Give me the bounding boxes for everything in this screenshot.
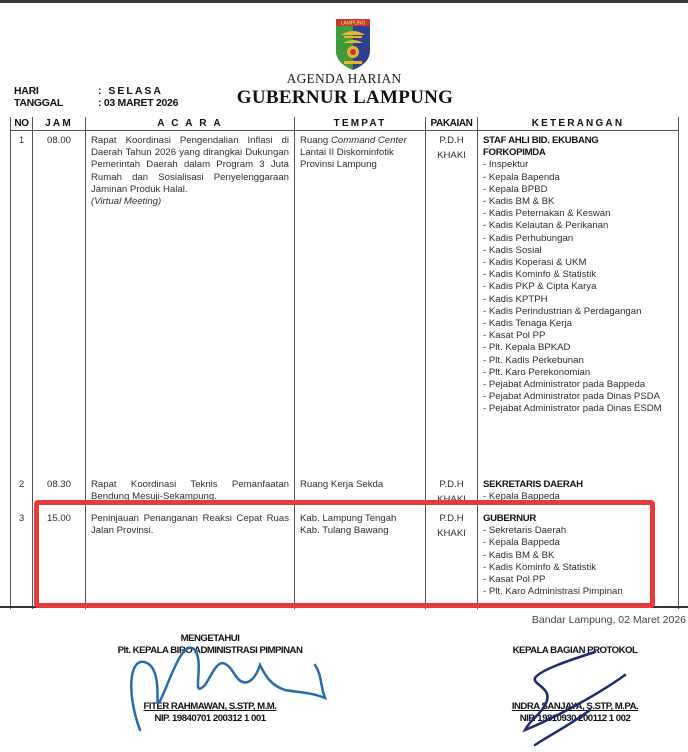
attendee-item: Pejabat Administrator pada Dinas ESDM [483, 403, 673, 415]
attendee-item: Plt. Kadis Perkebunan [483, 355, 673, 367]
attendee-list: Sekretaris DaerahKepala BappedaKadis BM … [483, 525, 673, 598]
attendee-item: Kadis Kominfo & Statistik [483, 562, 673, 574]
date-label: TANGGAL [14, 97, 63, 109]
attendee-item: Kepala Bappeda [483, 491, 673, 503]
signatory-position: KEPALA BAGIAN PROTOKOL [460, 645, 688, 657]
col-header-jam: JAM [33, 117, 86, 131]
attire-line: P.D.H [431, 479, 472, 491]
attendee-item: Kepala Bappeda [483, 537, 673, 549]
attendee-item: Kasat Pol PP [483, 330, 673, 342]
signatory-name: FITER RAHMAWAN, S.STP, M.M. [60, 701, 360, 713]
attendee-list: Kepala Bappeda [483, 491, 673, 503]
document-title: GUBERNUR LAMPUNG [232, 87, 458, 109]
row-time: 08.30 [33, 475, 86, 509]
signatory-nip: NIP. 19810930 200112 1 002 [460, 713, 688, 725]
location-rest: Lantai II Diskominfotik Provinsi Lampung [300, 147, 394, 170]
row-no: 1 [11, 131, 33, 476]
notes-group: SEKRETARIS DAERAH [483, 479, 673, 491]
attendee-item: Kadis Perindustrian & Perdagangan [483, 306, 673, 318]
signatory-heading: MENGETAHUI [60, 633, 360, 645]
table-bottom-border [0, 606, 688, 608]
row-attire: P.D.H KHAKI [426, 131, 478, 476]
attendee-list: InspekturKepala BapendaKepala BPBDKadis … [483, 159, 673, 415]
attendee-item: Kadis Peternakan & Keswan [483, 208, 673, 220]
row-location: Kab. Lampung Tengah Kab. Tulang Bawang [295, 509, 426, 609]
attire-line: P.D.H [431, 513, 472, 525]
attendee-item: Pejabat Administrator pada Bappeda [483, 379, 673, 391]
row-notes: GUBERNUR Sekretaris DaerahKepala Bappeda… [478, 509, 679, 609]
event-description: Rapat Koordinasi Teknis Pemanfaatan Bend… [91, 479, 289, 505]
row-attire: P.D.H KHAKI [426, 509, 478, 609]
attendee-item: Kadis KPTPH [483, 294, 673, 306]
location-line: Kab. Lampung Tengah [300, 513, 420, 525]
table-header-row: NO JAM A C A R A TEMPAT PAKAIAN KETERANG… [11, 117, 679, 131]
col-header-keterangan: KETERANGAN [478, 117, 679, 131]
attendee-item: Kadis Kelautan & Perikanan [483, 220, 673, 232]
event-note: (Virtual Meeting) [91, 196, 161, 207]
col-header-tempat: TEMPAT [295, 117, 426, 131]
attendee-item: Kadis Koperasi & UKM [483, 257, 673, 269]
attire-line: KHAKI [431, 150, 472, 162]
signatory-right: KEPALA BAGIAN PROTOKOL INDRA SANJAYA, S.… [460, 645, 688, 725]
attire-line: KHAKI [431, 494, 472, 505]
attendee-item: Sekretaris Daerah [483, 525, 673, 537]
agenda-table: NO JAM A C A R A TEMPAT PAKAIAN KETERANG… [10, 117, 679, 609]
day-label: HARI [14, 85, 38, 97]
location-italic: Command Center [331, 135, 407, 146]
table-row: 2 08.30 Rapat Koordinasi Teknis Pemanfaa… [11, 475, 679, 509]
location-line: Kab. Tulang Bawang [300, 525, 420, 537]
row-time: 15.00 [33, 509, 86, 609]
attendee-item: Inspektur [483, 159, 673, 171]
row-notes: STAF AHLI BID. EKUBANG FORKOPIMDA Inspek… [478, 131, 679, 476]
table-row: 3 15.00 Peninjauan Penanganan Reaksi Cep… [11, 509, 679, 609]
svg-text:LAMPUNG: LAMPUNG [341, 21, 366, 27]
signatory-position: Plt. KEPALA BIRO ADMINISTRASI PIMPINAN [60, 645, 360, 657]
row-attire: P.D.H KHAKI [426, 475, 478, 509]
attendee-item: Plt. Karo Administrasi Pimpinan [483, 586, 673, 598]
row-location: Ruang Command Center Lantai II Diskominf… [295, 131, 426, 476]
attendee-item: Kadis BM & BK [483, 196, 673, 208]
signatory-nip: NIP. 19840701 200312 1 001 [60, 713, 360, 725]
row-event: Peninjauan Penanganan Reaksi Cepat Ruas … [86, 509, 295, 609]
col-header-pakaian: PAKAIAN [426, 117, 478, 131]
row-event: Rapat Koordinasi Pengendalian Inflasi di… [86, 131, 295, 476]
row-no: 2 [11, 475, 33, 509]
event-description: Rapat Koordinasi Pengendalian Inflasi di… [91, 135, 289, 195]
table-row: 1 08.00 Rapat Koordinasi Pengendalian In… [11, 131, 679, 476]
attire-line: KHAKI [431, 528, 472, 540]
top-border [0, 0, 688, 3]
attendee-item: Kepala BPBD [483, 184, 673, 196]
attendee-item: Pejabat Administrator pada Dinas PSDA [483, 391, 673, 403]
date-value: : 03 MARET 2026 [98, 97, 178, 109]
lampung-emblem-icon: LAMPUNG [333, 17, 373, 71]
row-no: 3 [11, 509, 33, 609]
notes-group: FORKOPIMDA [483, 147, 673, 159]
col-header-acara: A C A R A [86, 117, 295, 131]
location-prefix: Ruang [300, 135, 328, 146]
attendee-item: Kepala Bapenda [483, 172, 673, 184]
notes-group: GUBERNUR [483, 513, 673, 525]
attendee-item: Plt. Karo Perekonomian [483, 367, 673, 379]
row-time: 08.00 [33, 131, 86, 476]
attendee-item: Kadis Tenaga Kerja [483, 318, 673, 330]
row-notes: SEKRETARIS DAERAH Kepala Bappeda [478, 475, 679, 509]
day-value: : SELASA [98, 85, 163, 97]
attendee-item: Plt. Kepala BPKAD [483, 342, 673, 354]
notes-group: STAF AHLI BID. EKUBANG [483, 135, 673, 147]
signatory-left: MENGETAHUI Plt. KEPALA BIRO ADMINISTRASI… [60, 633, 360, 725]
attendee-item: Kadis Sosial [483, 245, 673, 257]
attendee-item: Kadis PKP & Cipta Karya [483, 281, 673, 293]
attendee-item: Kadis Kominfo & Statistik [483, 269, 673, 281]
attendee-item: Kasat Pol PP [483, 574, 673, 586]
col-header-no: NO [11, 117, 33, 131]
row-event: Rapat Koordinasi Teknis Pemanfaatan Bend… [86, 475, 295, 509]
attire-line: P.D.H [431, 135, 472, 147]
signatory-name: INDRA SANJAYA, S.STP, M.PA. [460, 701, 688, 713]
attendee-item: Kadis BM & BK [483, 550, 673, 562]
row-location: Ruang Kerja Sekda [295, 475, 426, 509]
attendee-item: Kadis Perhubungan [483, 233, 673, 245]
place-date: Bandar Lampung, 02 Maret 2026 [532, 614, 686, 626]
